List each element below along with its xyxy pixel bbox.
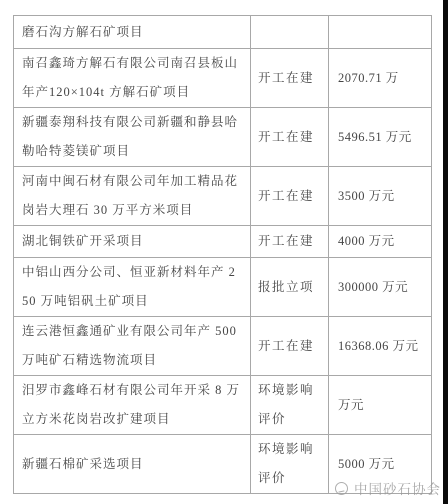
status-cell: 开工在建 — [251, 108, 329, 167]
status-cell: 开工在建 — [251, 226, 329, 258]
project-name-cell: 新疆石棉矿采选项目 — [14, 435, 251, 494]
investment-cell: 16368.06 万元 — [329, 317, 432, 376]
investment-cell: 3500 万元 — [329, 167, 432, 226]
status-cell — [251, 16, 329, 49]
investment-cell — [329, 16, 432, 49]
investment-cell: 2070.71 万 — [329, 49, 432, 108]
project-name-cell: 湖北铜铁矿开采项目 — [14, 226, 251, 258]
project-name-cell: 南召鑫琦方解石有限公司南召县板山年产120×104t 方解石矿项目 — [14, 49, 251, 108]
investment-cell: 5496.51 万元 — [329, 108, 432, 167]
project-name-cell: 磨石沟方解石矿项目 — [14, 16, 251, 49]
table-row: 磨石沟方解石矿项目 — [14, 16, 432, 49]
table-row: 南召鑫琦方解石有限公司南召县板山年产120×104t 方解石矿项目 开工在建 2… — [14, 49, 432, 108]
table-row: 连云港恒鑫通矿业有限公司年产 500 万吨矿石精选物流项目 开工在建 16368… — [14, 317, 432, 376]
status-cell: 开工在建 — [251, 167, 329, 226]
watermark-text: 中国砂石协会 — [354, 478, 441, 498]
project-name-cell: 汨罗市鑫峰石材有限公司年开采 8 万立方米花岗岩改扩建项目 — [14, 376, 251, 435]
status-cell: 环境影响评价 — [251, 435, 329, 494]
page: 磨石沟方解石矿项目 南召鑫琦方解石有限公司南召县板山年产120×104t 方解石… — [0, 0, 448, 504]
status-cell: 开工在建 — [251, 49, 329, 108]
watermark: 中国砂石协会 — [335, 478, 441, 498]
status-cell: 开工在建 — [251, 317, 329, 376]
right-edge-strip — [443, 0, 448, 504]
projects-table: 磨石沟方解石矿项目 南召鑫琦方解石有限公司南召县板山年产120×104t 方解石… — [13, 15, 432, 494]
association-logo-icon — [335, 482, 348, 495]
table-row: 河南中闽石材有限公司年加工精品花岗岩大理石 30 万平方米项目 开工在建 350… — [14, 167, 432, 226]
investment-cell: 万元 — [329, 376, 432, 435]
table-row: 汨罗市鑫峰石材有限公司年开采 8 万立方米花岗岩改扩建项目 环境影响评价 万元 — [14, 376, 432, 435]
project-name-cell: 新疆泰翔科技有限公司新疆和静县哈勒哈特菱镁矿项目 — [14, 108, 251, 167]
table-row: 湖北铜铁矿开采项目 开工在建 4000 万元 — [14, 226, 432, 258]
table-row: 中铝山西分公司、恒亚新材料年产 250 万吨铝矾土矿项目 报批立项 300000… — [14, 258, 432, 317]
project-name-cell: 中铝山西分公司、恒亚新材料年产 250 万吨铝矾土矿项目 — [14, 258, 251, 317]
status-cell: 报批立项 — [251, 258, 329, 317]
investment-cell: 300000 万元 — [329, 258, 432, 317]
investment-cell: 4000 万元 — [329, 226, 432, 258]
project-name-cell: 河南中闽石材有限公司年加工精品花岗岩大理石 30 万平方米项目 — [14, 167, 251, 226]
status-cell: 环境影响评价 — [251, 376, 329, 435]
table-row: 新疆泰翔科技有限公司新疆和静县哈勒哈特菱镁矿项目 开工在建 5496.51 万元 — [14, 108, 432, 167]
project-name-cell: 连云港恒鑫通矿业有限公司年产 500 万吨矿石精选物流项目 — [14, 317, 251, 376]
